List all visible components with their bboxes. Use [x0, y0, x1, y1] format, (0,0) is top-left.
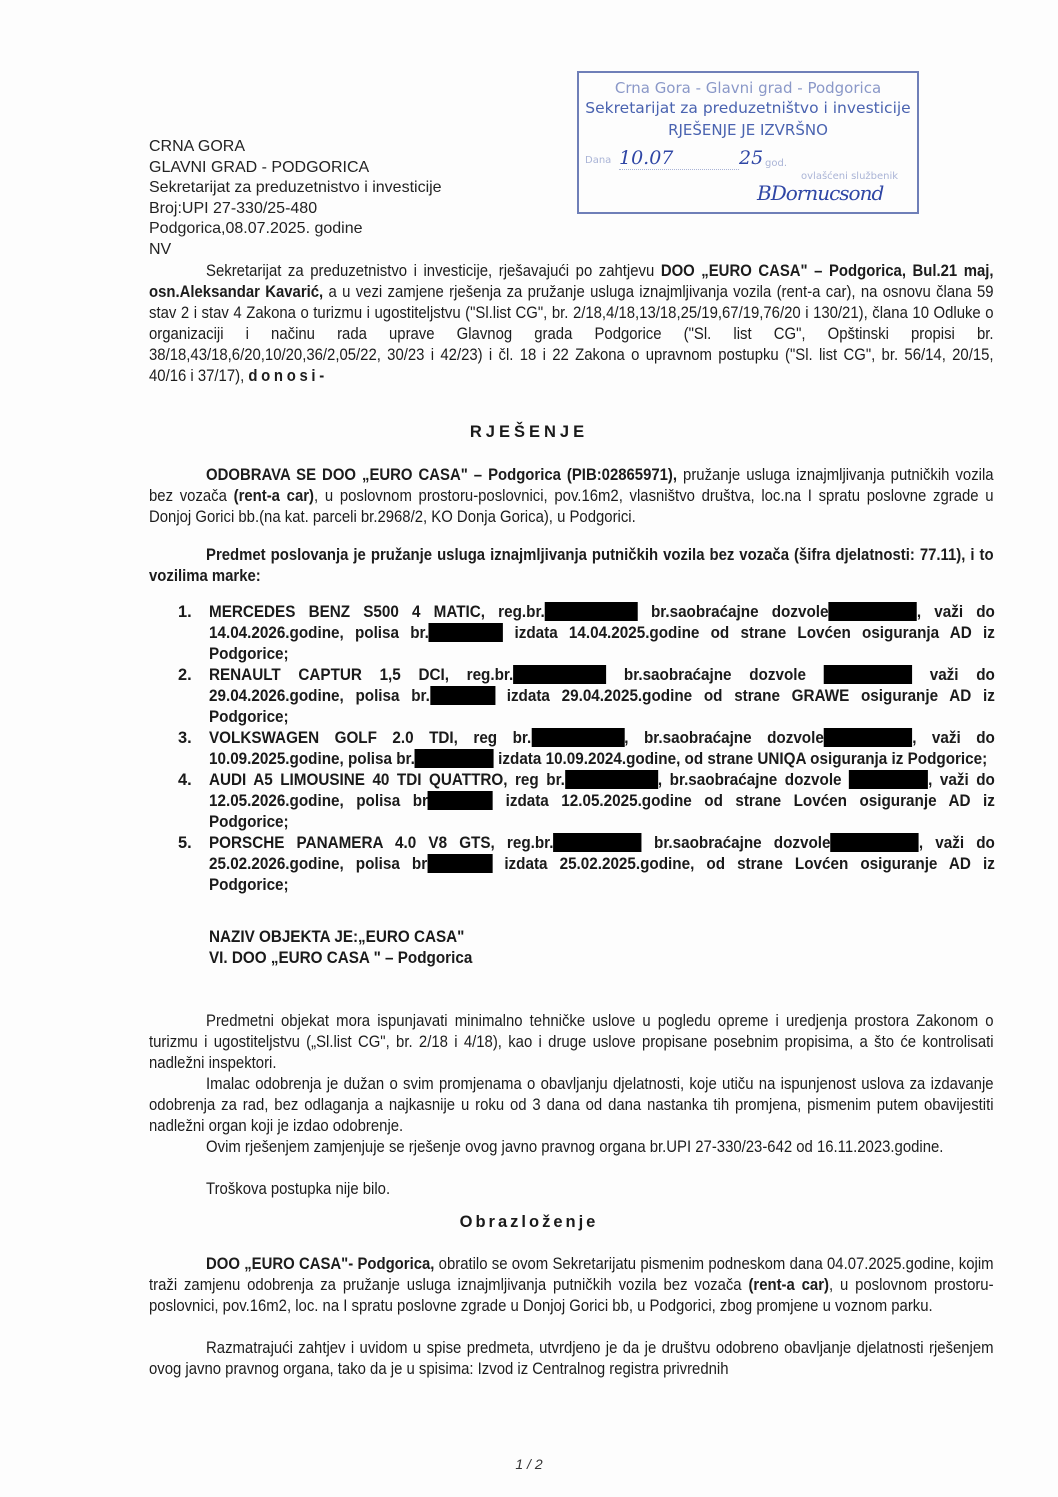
conditions-paragraph-3: Ovim rješenjem zamjenjuje se rješenje ov…: [149, 1137, 994, 1158]
vehicle-permit-label: , br.saobraćajne dozvole: [624, 729, 824, 747]
signature: BDornucsond: [757, 181, 883, 205]
redaction-policy-number: [428, 791, 493, 810]
stamp-dana-label: Dana: [585, 155, 611, 166]
reasoning-paragraph-1: DOO „EURO CASA"- Podgorica, obratilo se …: [149, 1254, 994, 1317]
decision-title: RJEŠENJE: [0, 423, 1058, 442]
vehicle-number: 5.: [178, 833, 208, 854]
intro-donosi: donosi-: [248, 367, 328, 385]
header-secretariat: Sekretarijat za preduzetnistvo i investi…: [149, 178, 442, 199]
reasoning-rentacar: (rent-a car): [748, 1276, 829, 1294]
header-country: CRNA GORA: [149, 137, 442, 158]
header-city: GLAVNI GRAD - PODGORICA: [149, 158, 442, 179]
redaction-permit-number: [828, 602, 916, 621]
vehicle-number: 2.: [178, 665, 208, 686]
header-initials: NV: [149, 240, 442, 261]
reasoning-title: Obrazloženje: [0, 1213, 1058, 1232]
vehicle-list: 1.MERCEDES BENZ S500 4 MATIC, reg.br. br…: [178, 602, 993, 896]
header-place-date: Podgorica,08.07.2025. godine: [149, 219, 442, 240]
vehicle-permit-label: br.saobraćajne dozvole: [642, 834, 831, 852]
vehicle-list-item: 2.RENAULT CAPTUR 1,5 DCI, reg.br. br.sao…: [178, 665, 993, 728]
vehicle-text: MERCEDES BENZ S500 4 MATIC, reg.br. br.s…: [209, 602, 995, 665]
stamp-line-1: Crna Gora - Glavni grad - Podgorica: [579, 79, 917, 97]
conditions-paragraph-1: Predmetni objekat mora ispunjavati minim…: [149, 1011, 994, 1074]
header-number: Broj:UPI 27-330/25-480: [149, 199, 442, 220]
vehicle-model-reg: RENAULT CAPTUR 1,5 DCI, reg.br.: [209, 666, 513, 684]
redaction-permit-number: [824, 665, 912, 684]
redaction-permit-number: [831, 833, 919, 852]
redaction-reg-number: [565, 770, 658, 789]
vehicle-text: AUDI A5 LIMOUSINE 40 TDI QUATTRO, reg br…: [209, 770, 995, 833]
vehicle-text: VOLKSWAGEN GOLF 2.0 TDI, reg br., br.sao…: [209, 728, 995, 770]
vehicle-list-item: 5.PORSCHE PANAMERA 4.0 V8 GTS, reg.br. b…: [178, 833, 993, 896]
conditions-paragraph-4: Troškova postupka nije bilo.: [149, 1179, 994, 1200]
object-name-line-1: NAZIV OBJEKTA JE:„EURO CASA": [209, 927, 472, 948]
intro-paragraph: Sekretarijat za preduzetnistvo i investi…: [149, 261, 994, 387]
redaction-policy-number: [427, 854, 492, 873]
decision-approval: ODOBRAVA SE DOO „EURO CASA" – Podgorica …: [206, 466, 677, 484]
redaction-permit-number: [849, 770, 928, 789]
reasoning-paragraph-2: Razmatrajući zahtjev i uvidom u spise pr…: [149, 1338, 994, 1380]
page-number: 1 / 2: [0, 1456, 1058, 1472]
redaction-policy-number: [415, 749, 494, 768]
stamp-handwritten-year: 25: [739, 147, 763, 169]
document-header: CRNA GORA GLAVNI GRAD - PODGORICA Sekret…: [149, 137, 442, 260]
intro-text-a: Sekretarijat za preduzetnistvo i investi…: [206, 262, 661, 280]
document-page: Crna Gora - Glavni grad - Podgorica Sekr…: [0, 0, 1058, 1497]
vehicle-list-item: 3.VOLKSWAGEN GOLF 2.0 TDI, reg br., br.s…: [178, 728, 993, 770]
vehicle-number: 3.: [178, 728, 208, 749]
vehicle-model-reg: VOLKSWAGEN GOLF 2.0 TDI, reg br.: [209, 729, 531, 747]
decision-rentacar: (rent-a car): [234, 487, 314, 505]
vehicle-text: RENAULT CAPTUR 1,5 DCI, reg.br. br.saobr…: [209, 665, 995, 728]
vehicle-number: 1.: [178, 602, 208, 623]
redaction-reg-number: [545, 602, 638, 621]
redaction-permit-number: [824, 728, 912, 747]
decision-paragraph-2: Predmet poslovanja je pružanje usluga iz…: [149, 545, 994, 587]
vehicle-permit-label: , br.saobraćajne dozvole: [658, 771, 849, 789]
vehicle-model-reg: MERCEDES BENZ S500 4 MATIC, reg.br.: [209, 603, 545, 621]
vehicle-model-reg: PORSCHE PANAMERA 4.0 V8 GTS, reg.br.: [209, 834, 554, 852]
redaction-policy-number: [430, 686, 495, 705]
redaction-reg-number: [531, 728, 624, 747]
vehicle-number: 4.: [178, 770, 208, 791]
vehicle-permit-label: br.saobraćajne dozvole: [638, 603, 829, 621]
vehicle-list-item: 1.MERCEDES BENZ S500 4 MATIC, reg.br. br…: [178, 602, 993, 665]
vehicle-list-item: 4.AUDI A5 LIMOUSINE 40 TDI QUATTRO, reg …: [178, 770, 993, 833]
vehicle-model-reg: AUDI A5 LIMOUSINE 40 TDI QUATTRO, reg br…: [209, 771, 565, 789]
vehicle-text: PORSCHE PANAMERA 4.0 V8 GTS, reg.br. br.…: [209, 833, 995, 896]
redaction-reg-number: [554, 833, 642, 852]
reasoning-applicant: DOO „EURO CASA"- Podgorica,: [206, 1255, 434, 1273]
redaction-reg-number: [513, 665, 606, 684]
enforceability-stamp: Crna Gora - Glavni grad - Podgorica Sekr…: [577, 71, 919, 214]
object-name-line-2: VI. DOO „EURO CASA " – Podgorica: [209, 948, 472, 969]
object-name-block: NAZIV OBJEKTA JE:„EURO CASA" VI. DOO „EU…: [209, 927, 472, 969]
decision-paragraph-1: ODOBRAVA SE DOO „EURO CASA" – Podgorica …: [149, 465, 994, 528]
vehicle-permit-label: br.saobraćajne dozvole: [606, 666, 823, 684]
conditions-paragraph-2: Imalac odobrenja je dužan o svim promjen…: [149, 1074, 994, 1137]
stamp-line-3: RJEŠENJE JE IZVRŠNO: [579, 121, 917, 139]
vehicle-insurer: izdata 10.09.2024.godine, od strane UNIQ…: [494, 750, 987, 768]
stamp-handwritten-date: 10.07: [619, 147, 739, 170]
redaction-policy-number: [429, 623, 503, 642]
stamp-line-2: Sekretarijat za preduzetništvo i investi…: [579, 99, 917, 117]
stamp-god-label: god.: [765, 158, 787, 169]
